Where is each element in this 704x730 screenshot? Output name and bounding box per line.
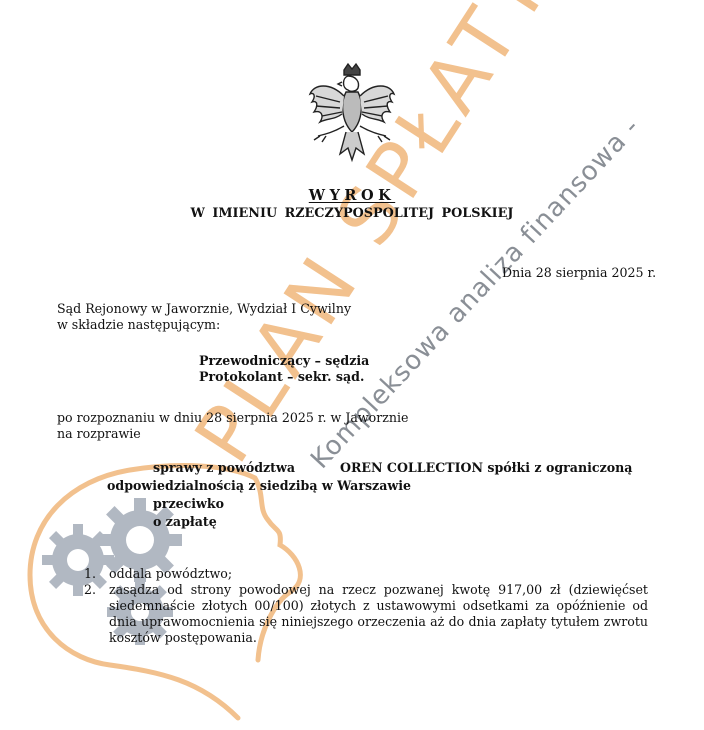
ruling-item: 1. oddala powództwo; [84,566,648,582]
ruling-number: 1. [84,566,96,582]
document-title: WYROK [0,188,704,204]
ruling-item: 2. zasądza od strony powodowej na rzecz … [84,582,648,646]
against-label: przeciwko [153,496,224,512]
court-composition-label: w składzie następującym: [57,317,220,333]
hearing-label: na rozprawie [57,426,141,442]
plaintiff-name: OREN COLLECTION spółki z ograniczoną [340,460,632,476]
polish-eagle-emblem-icon [304,62,400,166]
judgment-date: Dnia 28 sierpnia 2025 r. [502,265,656,281]
plaintiff-seat: odpowiedzialnością z siedzibą w Warszawi… [107,478,411,494]
ruling-number: 2. [84,582,96,598]
examination-line: po rozpoznaniu w dniu 28 sierpnia 2025 r… [57,410,408,426]
case-subject: o zapłatę [153,514,217,530]
document-subtitle: W IMIENIU RZECZYPOSPOLITEJ POLSKIEJ [0,206,704,222]
presiding-judge: Przewodniczący – sędzia [199,353,369,369]
case-claim-label: sprawy z powództwa [153,460,295,476]
court-clerk: Protokolant – sekr. sąd. [199,369,364,385]
judgment-document: WYROK W IMIENIU RZECZYPOSPOLITEJ POLSKIE… [0,0,704,730]
court-name: Sąd Rejonowy w Jaworznie, Wydział I Cywi… [57,301,351,317]
ruling-text: zasądza od strony powodowej na rzecz poz… [109,582,648,645]
document-page: PLAN SPŁATY Kompleksowa analiza finansow… [0,0,704,730]
ruling-list: 1. oddala powództwo; 2. zasądza od stron… [84,566,648,646]
ruling-text: oddala powództwo; [109,566,232,581]
